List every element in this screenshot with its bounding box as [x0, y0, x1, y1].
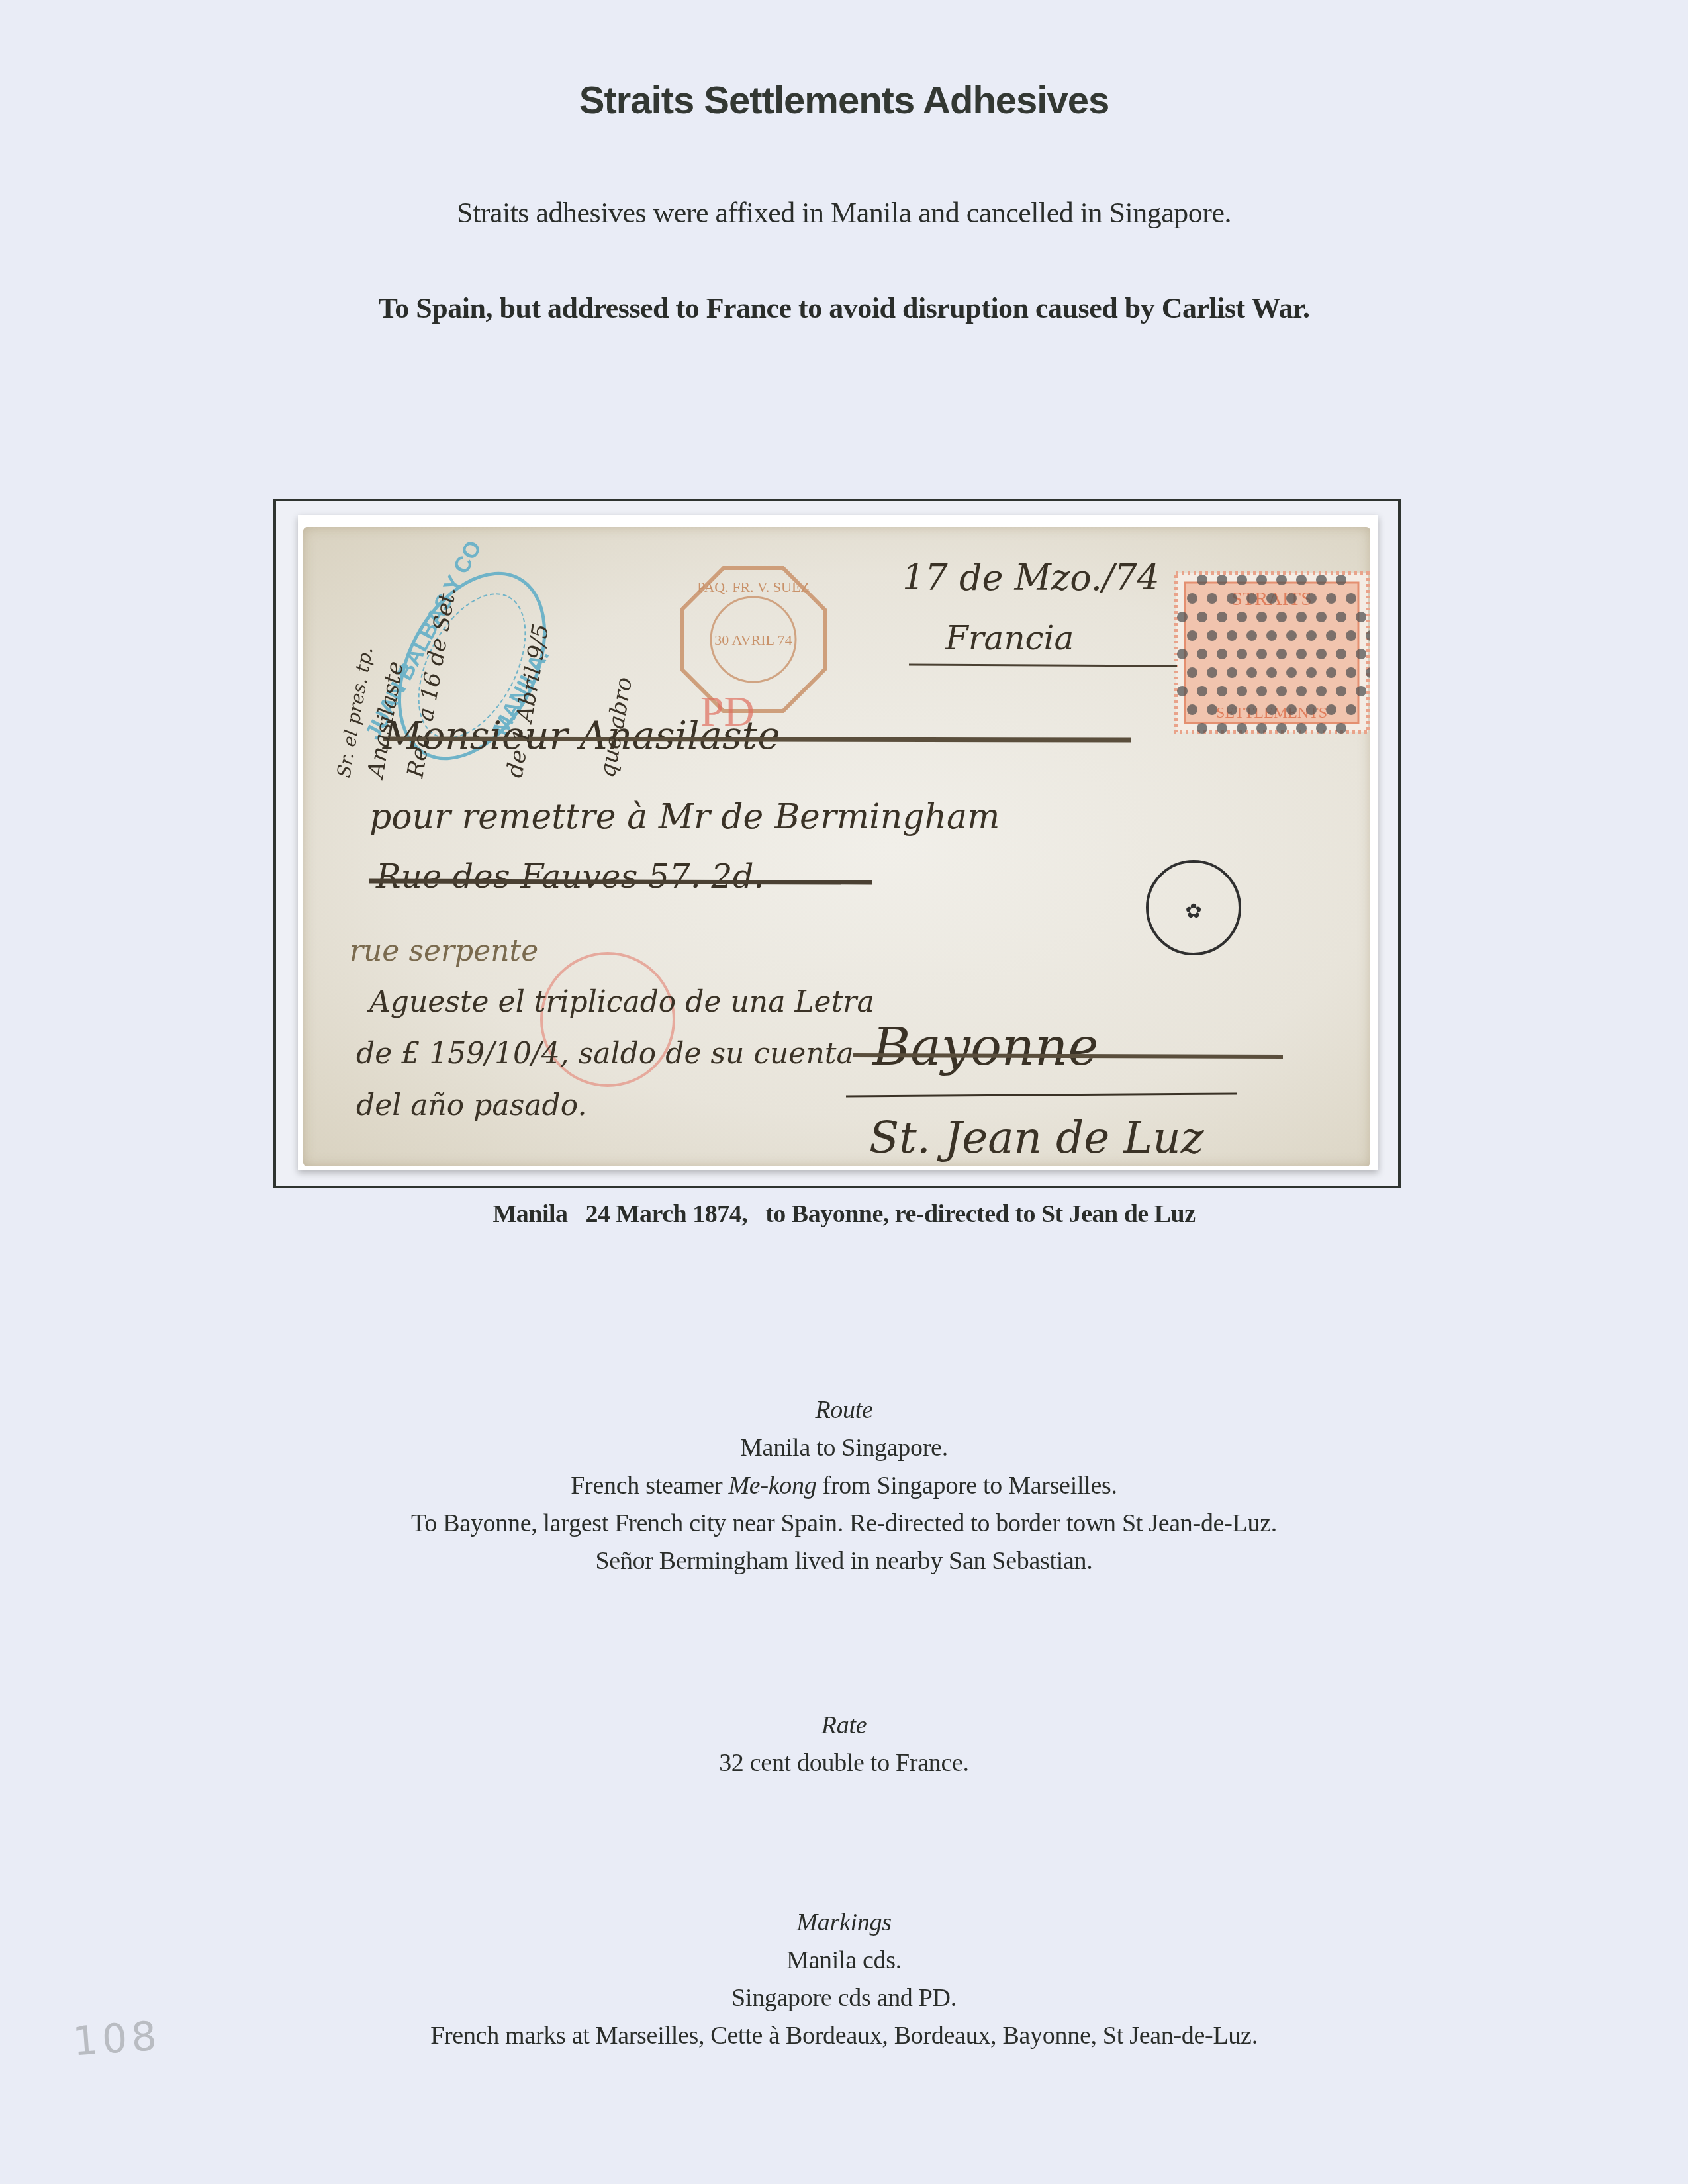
- rate-line: 32 cent double to France.: [0, 1744, 1688, 1782]
- manuscript-forward: pour remettre à Mr de Bermingham: [369, 797, 1000, 837]
- route-heading: Route: [0, 1392, 1688, 1429]
- markings-section: Markings Manila cds. Singapore cds and P…: [0, 1904, 1688, 2055]
- manuscript-addressee: Monsieur Anasilaste: [382, 713, 780, 758]
- manuscript-city-old: Bayonne: [871, 1018, 1098, 1077]
- page-headline: To Spain, but addressed to France to avo…: [0, 291, 1688, 325]
- svg-text:✿: ✿: [1185, 900, 1201, 922]
- manuscript-note-2: de £ 159/10/4, saldo de su cuenta: [356, 1037, 854, 1070]
- route-section: Route Manila to Singapore. French steame…: [0, 1392, 1688, 1580]
- rate-heading: Rate: [0, 1707, 1688, 1744]
- envelope-markings: JUAN BALBAS Y CO MANILA. PAQ. FR. V. SUE…: [303, 527, 1370, 1166]
- rate-section: Rate 32 cent double to France.: [0, 1707, 1688, 1782]
- markings-line: Singapore cds and PD.: [0, 1979, 1688, 2017]
- pencil-page-number: 108: [71, 2013, 162, 2065]
- adhesive-stamp: STRAITS SETTLEMENTS: [1176, 573, 1370, 734]
- route-line: French steamer Me-kong from Singapore to…: [0, 1467, 1688, 1505]
- svg-text:30 AVRIL 74: 30 AVRIL 74: [714, 632, 792, 648]
- markings-heading: Markings: [0, 1904, 1688, 1942]
- envelope-image: JUAN BALBAS Y CO MANILA. PAQ. FR. V. SUE…: [303, 527, 1370, 1166]
- route-line: Señor Bermingham lived in nearby San Seb…: [0, 1543, 1688, 1580]
- markings-line: French marks at Marseilles, Cette à Bord…: [0, 2017, 1688, 2055]
- route-line: Manila to Singapore.: [0, 1429, 1688, 1467]
- cover-caption: Manila 24 March 1874, to Bayonne, re-dir…: [0, 1200, 1688, 1229]
- manuscript-street-old: Rue des Fauves 57. 2d.: [375, 857, 764, 896]
- ship-name: Me-kong: [728, 1472, 816, 1499]
- page-subtitle: Straits adhesives were affixed in Manila…: [0, 196, 1688, 230]
- route-line: To Bayonne, largest French city near Spa…: [0, 1505, 1688, 1543]
- svg-text:PAQ. FR. V. SUEZ: PAQ. FR. V. SUEZ: [697, 579, 810, 595]
- manuscript-date: 17 de Mzo./74: [902, 557, 1160, 598]
- manuscript-city-new: St. Jean de Luz: [869, 1112, 1205, 1163]
- manuscript-note-1: Agueste el triplicado de una Letra: [367, 985, 874, 1019]
- page-title: Straits Settlements Adhesives: [0, 78, 1688, 122]
- markings-line: Manila cds.: [0, 1942, 1688, 1979]
- manuscript-street-new: rue serpente: [350, 934, 538, 968]
- manuscript-note-3: del año pasado.: [356, 1088, 586, 1122]
- manuscript-country: Francia: [945, 619, 1074, 657]
